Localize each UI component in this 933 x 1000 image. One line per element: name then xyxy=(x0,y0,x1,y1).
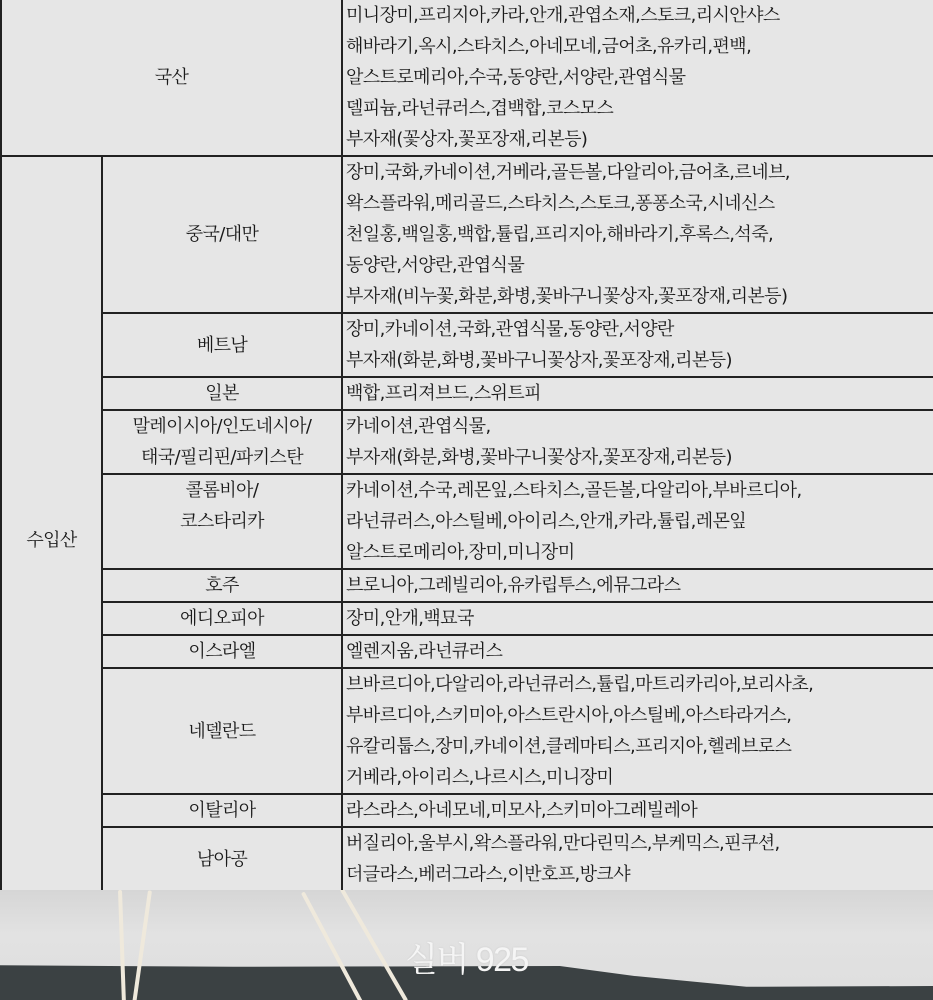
items-cell: 브로니아,그레빌리아,유카립투스,에뮤그라스 xyxy=(342,569,933,602)
origin-imported-label: 수입산 xyxy=(1,156,102,924)
country-cell: 호주 xyxy=(102,569,342,602)
items-cell: 라스라스,아네모네,미모사,스키미아그레빌레아 xyxy=(342,794,933,827)
items-cell: 장미,안개,백묘국 xyxy=(342,602,933,635)
item-line: 카네이션,수국,레몬잎,스타치스,골든볼,다알리아,부바르디아, xyxy=(346,475,933,506)
items-cell: 장미,카네이션,국화,관엽식물,동양란,서양란 부자재(화분,화병,꽃바구니꽃상… xyxy=(342,313,933,377)
item-line: 장미,국화,카네이션,거베라,골든볼,다알리아,금어초,르네브, xyxy=(346,157,933,188)
item-line: 백합,프리져브드,스위트피 xyxy=(346,378,933,409)
item-line: 부바르디아,스키미아,아스트란시아,아스틸베,아스타라거스, xyxy=(346,700,933,731)
item-line: 미니장미,프리지아,카라,안개,관엽소재,스토크,리시안샤스 xyxy=(346,0,933,31)
country-cell: 콜롬비아/ 코스타리카 xyxy=(102,474,342,569)
item-line: 엘렌지움,라넌큐러스 xyxy=(346,636,933,667)
item-line: 델피늄,라넌큐러스,겹백합,코스모스 xyxy=(346,93,933,124)
items-domestic: 미니장미,프리지아,카라,안개,관엽소재,스토크,리시안샤스 해바라기,옥시,스… xyxy=(342,0,933,156)
flower-origin-table-section: 국산 미니장미,프리지아,카라,안개,관엽소재,스토크,리시안샤스 해바라기,옥… xyxy=(0,0,933,890)
country-cell: 에디오피아 xyxy=(102,602,342,635)
item-line: 알스트로메리아,수국,동양란,서양란,관엽식물 xyxy=(346,62,933,93)
items-cell: 브바르디아,다알리아,라넌큐러스,튤립,마트리카리아,보리사초, 부바르디아,스… xyxy=(342,668,933,794)
item-line: 해바라기,옥시,스타치스,아네모네,금어초,유카리,편백, xyxy=(346,31,933,62)
country-cell: 중국/대만 xyxy=(102,156,342,313)
table-row: 콜롬비아/ 코스타리카 카네이션,수국,레몬잎,스타치스,골든볼,다알리아,부바… xyxy=(1,474,933,569)
item-line: 카네이션,관엽식물, xyxy=(346,411,933,442)
country-cell: 이스라엘 xyxy=(102,635,342,668)
item-line: 브바르디아,다알리아,라넌큐러스,튤립,마트리카리아,보리사초, xyxy=(346,669,933,700)
origin-domestic-label: 국산 xyxy=(1,0,342,156)
item-line: 부자재(화분,화병,꽃바구니꽃상자,꽃포장재,리본등) xyxy=(346,442,933,473)
country-cell: 말레이시아/인도네시아/ 태국/필리핀/파키스탄 xyxy=(102,410,342,474)
items-cell: 버질리아,울부시,왁스플라워,만다린믹스,부케믹스,핀쿠션, 더글라스,베러그라… xyxy=(342,827,933,891)
table-row: 베트남 장미,카네이션,국화,관엽식물,동양란,서양란 부자재(화분,화병,꽃바… xyxy=(1,313,933,377)
table-row: 이스라엘 엘렌지움,라넌큐러스 xyxy=(1,635,933,668)
item-line: 유칼리툽스,장미,카네이션,클레마티스,프리지아,헬레브로스 xyxy=(346,731,933,762)
country-cell: 이탈리아 xyxy=(102,794,342,827)
country-cell: 네델란드 xyxy=(102,668,342,794)
item-line: 부자재(화분,화병,꽃바구니꽃상자,꽃포장재,리본등) xyxy=(346,345,933,376)
item-line: 버질리아,울부시,왁스플라워,만다린믹스,부케믹스,핀쿠션, xyxy=(346,828,933,859)
table-row: 말레이시아/인도네시아/ 태국/필리핀/파키스탄 카네이션,관엽식물, 부자재(… xyxy=(1,410,933,474)
items-cell: 장미,국화,카네이션,거베라,골든볼,다알리아,금어초,르네브, 왁스플라워,메… xyxy=(342,156,933,313)
product-photo-banner: 실버 925 xyxy=(0,890,933,1000)
item-line: 동양란,서양란,관엽식물 xyxy=(346,250,933,281)
photo-caption: 실버 925 xyxy=(0,932,933,981)
items-cell: 카네이션,관엽식물, 부자재(화분,화병,꽃바구니꽃상자,꽃포장재,리본등) xyxy=(342,410,933,474)
table-row: 일본 백합,프리져브드,스위트피 xyxy=(1,377,933,410)
table-row: 수입산 중국/대만 장미,국화,카네이션,거베라,골든볼,다알리아,금어초,르네… xyxy=(1,156,933,313)
country-cell: 베트남 xyxy=(102,313,342,377)
table-row: 에디오피아 장미,안개,백묘국 xyxy=(1,602,933,635)
items-cell: 엘렌지움,라넌큐러스 xyxy=(342,635,933,668)
item-line: 더글라스,베러그라스,이반호프,방크샤 xyxy=(346,859,933,890)
table-row: 이탈리아 라스라스,아네모네,미모사,스키미아그레빌레아 xyxy=(1,794,933,827)
items-cell: 백합,프리져브드,스위트피 xyxy=(342,377,933,410)
table-row: 호주 브로니아,그레빌리아,유카립투스,에뮤그라스 xyxy=(1,569,933,602)
table-row: 네델란드 브바르디아,다알리아,라넌큐러스,튤립,마트리카리아,보리사초, 부바… xyxy=(1,668,933,794)
item-line: 부자재(꽃상자,꽃포장재,리본등) xyxy=(346,124,933,155)
item-line: 장미,카네이션,국화,관엽식물,동양란,서양란 xyxy=(346,314,933,345)
country-cell: 남아공 xyxy=(102,827,342,891)
country-cell: 일본 xyxy=(102,377,342,410)
item-line: 천일홍,백일홍,백합,튤립,프리지아,해바라기,후록스,석죽, xyxy=(346,219,933,250)
flower-origin-table: 국산 미니장미,프리지아,카라,안개,관엽소재,스토크,리시안샤스 해바라기,옥… xyxy=(0,0,933,925)
item-line: 부자재(비누꽃,화분,화병,꽃바구니꽃상자,꽃포장재,리본등) xyxy=(346,281,933,312)
item-line: 알스트로메리아,장미,미니장미 xyxy=(346,537,933,568)
table-row-domestic: 국산 미니장미,프리지아,카라,안개,관엽소재,스토크,리시안샤스 해바라기,옥… xyxy=(1,0,933,156)
item-line: 라스라스,아네모네,미모사,스키미아그레빌레아 xyxy=(346,795,933,826)
item-line: 왁스플라워,메리골드,스타치스,스토크,퐁퐁소국,시네신스 xyxy=(346,188,933,219)
item-line: 브로니아,그레빌리아,유카립투스,에뮤그라스 xyxy=(346,570,933,601)
item-line: 라넌큐러스,아스틸베,아이리스,안개,카라,튤립,레몬잎 xyxy=(346,506,933,537)
item-line: 장미,안개,백묘국 xyxy=(346,603,933,634)
items-cell: 카네이션,수국,레몬잎,스타치스,골든볼,다알리아,부바르디아, 라넌큐러스,아… xyxy=(342,474,933,569)
table-row: 남아공 버질리아,울부시,왁스플라워,만다린믹스,부케믹스,핀쿠션, 더글라스,… xyxy=(1,827,933,891)
item-line: 거베라,아이리스,나르시스,미니장미 xyxy=(346,762,933,793)
